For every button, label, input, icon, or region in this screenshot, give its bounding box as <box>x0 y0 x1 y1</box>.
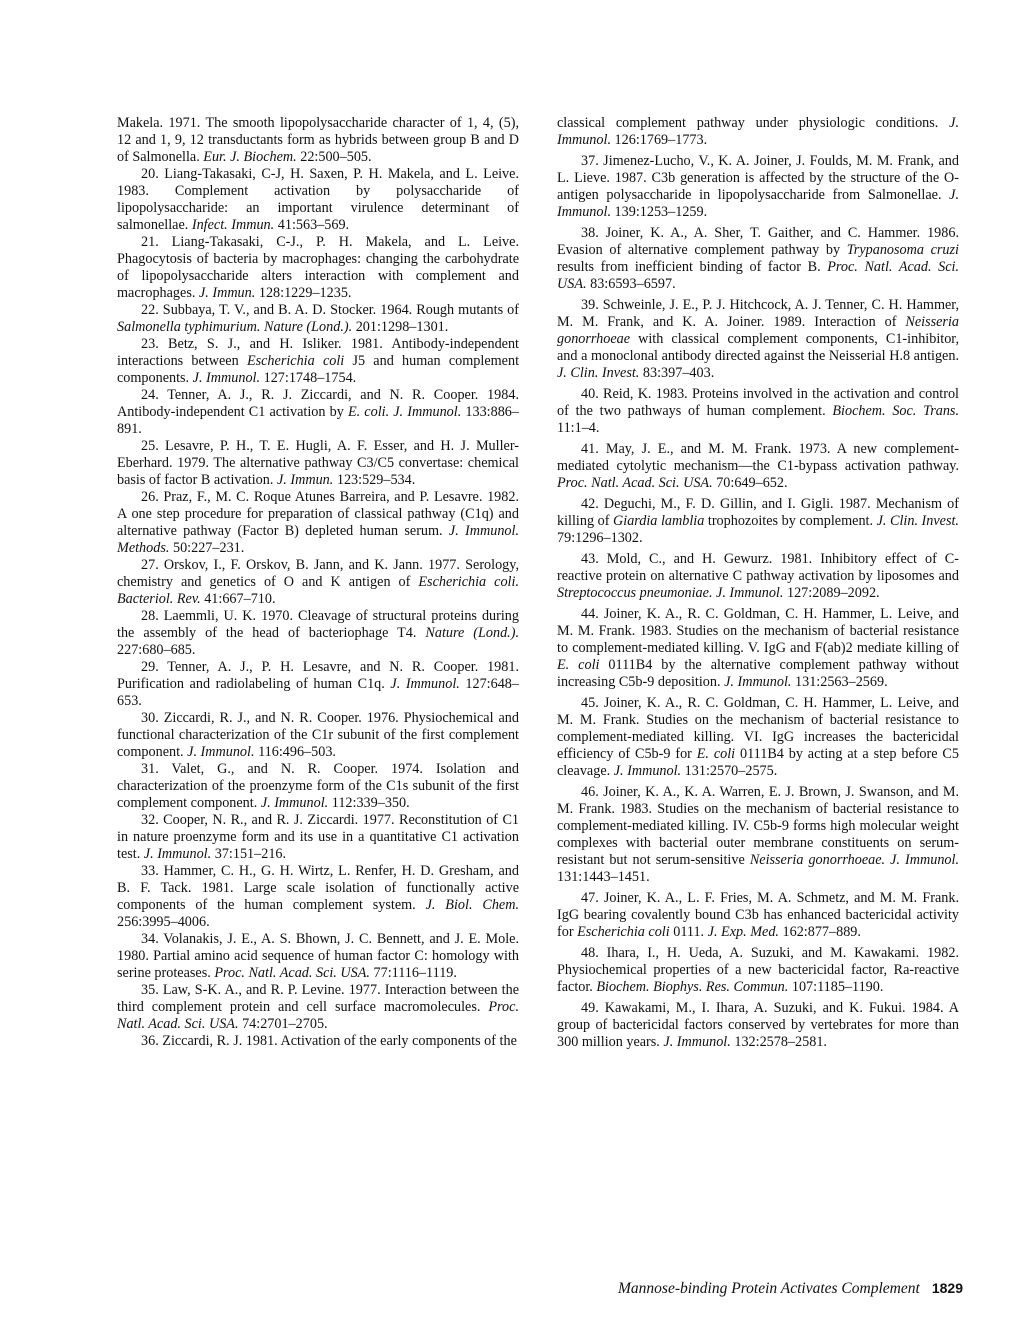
running-title: Mannose-binding Protein Activates Comple… <box>618 1280 920 1298</box>
reference-text: 41:563–569. <box>274 217 349 233</box>
reference-italic-text: Eur. J. Biochem. <box>203 149 296 165</box>
references-left-column: Makela. 1971. The smooth lipopolysacchar… <box>117 115 519 1050</box>
reference-text: 131:2563–2569. <box>791 674 887 690</box>
reference-italic-text: J. Immunol. <box>663 1034 730 1050</box>
reference-entry: 41. May, J. E., and M. M. Frank. 1973. A… <box>557 441 959 492</box>
reference-entry: Makela. 1971. The smooth lipopolysacchar… <box>117 115 519 166</box>
reference-entry: 21. Liang-Takasaki, C-J., P. H. Makela, … <box>117 234 519 302</box>
reference-italic-text: Escherichia coli <box>577 924 670 940</box>
reference-text: 79:1296–1302. <box>557 530 643 546</box>
reference-italic-text: J. Immun. <box>277 472 333 488</box>
reference-entry: 20. Liang-Takasaki, C-J, H. Saxen, P. H.… <box>117 166 519 234</box>
reference-entry: 27. Orskov, I., F. Orskov, B. Jann, and … <box>117 557 519 608</box>
reference-italic-text: J. Clin. Invest. <box>557 365 639 381</box>
reference-entry: classical complement pathway under physi… <box>557 115 959 149</box>
reference-text: 74:2701–2705. <box>239 1016 328 1032</box>
reference-text: 107:1185–1190. <box>788 979 883 995</box>
reference-entry: 36. Ziccardi, R. J. 1981. Activation of … <box>117 1033 519 1050</box>
reference-entry: 34. Volanakis, J. E., A. S. Bhown, J. C.… <box>117 931 519 982</box>
reference-italic-text: Biochem. Soc. Trans. <box>832 403 959 419</box>
reference-italic-text: Neisseria gonorrhoeae. J. Immunol. <box>750 852 959 868</box>
reference-entry: 44. Joiner, K. A., R. C. Goldman, C. H. … <box>557 606 959 691</box>
reference-italic-text: J. Immunol. <box>390 676 459 692</box>
reference-italic-text: Streptococcus pneumoniae. J. Immunol. <box>557 585 783 601</box>
page-number: 1829 <box>932 1280 963 1296</box>
reference-entry: 35. Law, S-K. A., and R. P. Levine. 1977… <box>117 982 519 1033</box>
reference-text: 162:877–889. <box>779 924 861 940</box>
reference-text: 83:397–403. <box>639 365 714 381</box>
reference-text: 77:1116–1119. <box>370 965 457 981</box>
reference-text: 127:2089–2092. <box>783 585 879 601</box>
reference-text: 83:6593–6597. <box>587 276 676 292</box>
reference-italic-text: J. Clin. Invest. <box>877 513 959 529</box>
reference-entry: 25. Lesavre, P. H., T. E. Hugli, A. F. E… <box>117 438 519 489</box>
reference-entry: 40. Reid, K. 1983. Proteins involved in … <box>557 386 959 437</box>
reference-entry: 29. Tenner, A. J., P. H. Lesavre, and N.… <box>117 659 519 710</box>
reference-text: 201:1298–1301. <box>352 319 448 335</box>
reference-entry: 46. Joiner, K. A., K. A. Warren, E. J. B… <box>557 784 959 886</box>
reference-text: 116:496–503. <box>255 744 336 760</box>
reference-italic-text: Nature (Lond.). <box>425 625 519 641</box>
reference-entry: 45. Joiner, K. A., R. C. Goldman, C. H. … <box>557 695 959 780</box>
reference-text: 131:2570–2575. <box>681 763 777 779</box>
reference-italic-text: J. Immunol. <box>144 846 211 862</box>
reference-text: 22. Subbaya, T. V., and B. A. D. Stocker… <box>141 302 519 318</box>
reference-italic-text: J. Immunol. <box>187 744 254 760</box>
reference-italic-text: Salmonella typhimurium. Nature (Lond.). <box>117 319 352 335</box>
reference-text: 39. Schweinle, J. E., P. J. Hitchcock, A… <box>557 297 959 330</box>
reference-entry: 30. Ziccardi, R. J., and N. R. Cooper. 1… <box>117 710 519 761</box>
reference-text: 227:680–685. <box>117 642 195 658</box>
reference-text: 132:2578–2581. <box>731 1034 827 1050</box>
reference-entry: 33. Hammer, C. H., G. H. Wirtz, L. Renfe… <box>117 863 519 931</box>
reference-italic-text: J. Immun. <box>199 285 255 301</box>
reference-text: 139:1253–1259. <box>611 204 707 220</box>
reference-text: 41:667–710. <box>201 591 276 607</box>
reference-text: 22:500–505. <box>297 149 372 165</box>
reference-entry: 24. Tenner, A. J., R. J. Ziccardi, and N… <box>117 387 519 438</box>
reference-text: 11:1–4. <box>557 420 599 436</box>
reference-text: 112:339–350. <box>328 795 409 811</box>
reference-entry: 37. Jimenez-Lucho, V., K. A. Joiner, J. … <box>557 153 959 221</box>
reference-text: trophozoites by complement. <box>704 513 876 529</box>
reference-text: 127:1748–1754. <box>260 370 356 386</box>
reference-italic-text: J. Immunol. <box>261 795 328 811</box>
reference-entry: 43. Mold, C., and H. Gewurz. 1981. Inhib… <box>557 551 959 602</box>
reference-entry: 23. Betz, S. J., and H. Isliker. 1981. A… <box>117 336 519 387</box>
reference-entry: 42. Deguchi, M., F. D. Gillin, and I. Gi… <box>557 496 959 547</box>
reference-text: 0111. <box>670 924 708 940</box>
reference-text: results from inefficient binding of fact… <box>557 259 827 275</box>
reference-italic-text: E. coli. J. Immunol. <box>348 404 461 420</box>
reference-italic-text: J. Exp. Med. <box>708 924 779 940</box>
reference-text: 37. Jimenez-Lucho, V., K. A. Joiner, J. … <box>557 153 959 203</box>
reference-text: 126:1769–1773. <box>611 132 707 148</box>
reference-entry: 28. Laemmli, U. K. 1970. Cleavage of str… <box>117 608 519 659</box>
reference-italic-text: E. coli <box>697 746 735 762</box>
reference-entry: 39. Schweinle, J. E., P. J. Hitchcock, A… <box>557 297 959 382</box>
reference-text: 44. Joiner, K. A., R. C. Goldman, C. H. … <box>557 606 959 656</box>
reference-entry: 26. Praz, F., M. C. Roque Atunes Barreir… <box>117 489 519 557</box>
reference-text: 43. Mold, C., and H. Gewurz. 1981. Inhib… <box>557 551 959 584</box>
reference-text: 131:1443–1451. <box>557 869 650 885</box>
reference-text: 36. Ziccardi, R. J. 1981. Activation of … <box>141 1033 517 1049</box>
reference-entry: 49. Kawakami, M., I. Ihara, A. Suzuki, a… <box>557 1000 959 1051</box>
reference-italic-text: Proc. Natl. Acad. Sci. USA. <box>214 965 370 981</box>
reference-text: 70:649–652. <box>713 475 788 491</box>
reference-text: classical complement pathway under physi… <box>557 115 949 131</box>
page-footer: Mannose-binding Protein Activates Comple… <box>618 1280 963 1298</box>
reference-entry: 38. Joiner, K. A., A. Sher, T. Gaither, … <box>557 225 959 293</box>
reference-text: 256:3995–4006. <box>117 914 210 930</box>
reference-text: 50:227–231. <box>169 540 244 556</box>
reference-italic-text: Trypanosoma cruzi <box>847 242 959 258</box>
reference-italic-text: J. Immunol. <box>614 763 681 779</box>
reference-text: 128:1229–1235. <box>255 285 351 301</box>
references-right-column: classical complement pathway under physi… <box>557 115 959 1051</box>
reference-italic-text: J. Immunol. <box>193 370 260 386</box>
reference-italic-text: E. coli <box>557 657 599 673</box>
reference-text: 35. Law, S-K. A., and R. P. Levine. 1977… <box>117 982 519 1015</box>
reference-italic-text: Giardia lamblia <box>613 513 704 529</box>
reference-italic-text: J. Immunol. <box>724 674 791 690</box>
reference-entry: 32. Cooper, N. R., and R. J. Ziccardi. 1… <box>117 812 519 863</box>
reference-entry: 48. Ihara, I., H. Ueda, A. Suzuki, and M… <box>557 945 959 996</box>
reference-italic-text: Escherichia coli <box>247 353 344 369</box>
reference-italic-text: J. Biol. Chem. <box>426 897 519 913</box>
reference-text: 41. May, J. E., and M. M. Frank. 1973. A… <box>557 441 959 474</box>
reference-italic-text: Biochem. Biophys. Res. Commun. <box>596 979 788 995</box>
reference-text: 123:529–534. <box>333 472 415 488</box>
reference-italic-text: Proc. Natl. Acad. Sci. USA. <box>557 475 713 491</box>
reference-entry: 47. Joiner, K. A., L. F. Fries, M. A. Sc… <box>557 890 959 941</box>
reference-italic-text: Infect. Immun. <box>192 217 274 233</box>
reference-text: 37:151–216. <box>211 846 286 862</box>
reference-entry: 31. Valet, G., and N. R. Cooper. 1974. I… <box>117 761 519 812</box>
reference-entry: 22. Subbaya, T. V., and B. A. D. Stocker… <box>117 302 519 336</box>
